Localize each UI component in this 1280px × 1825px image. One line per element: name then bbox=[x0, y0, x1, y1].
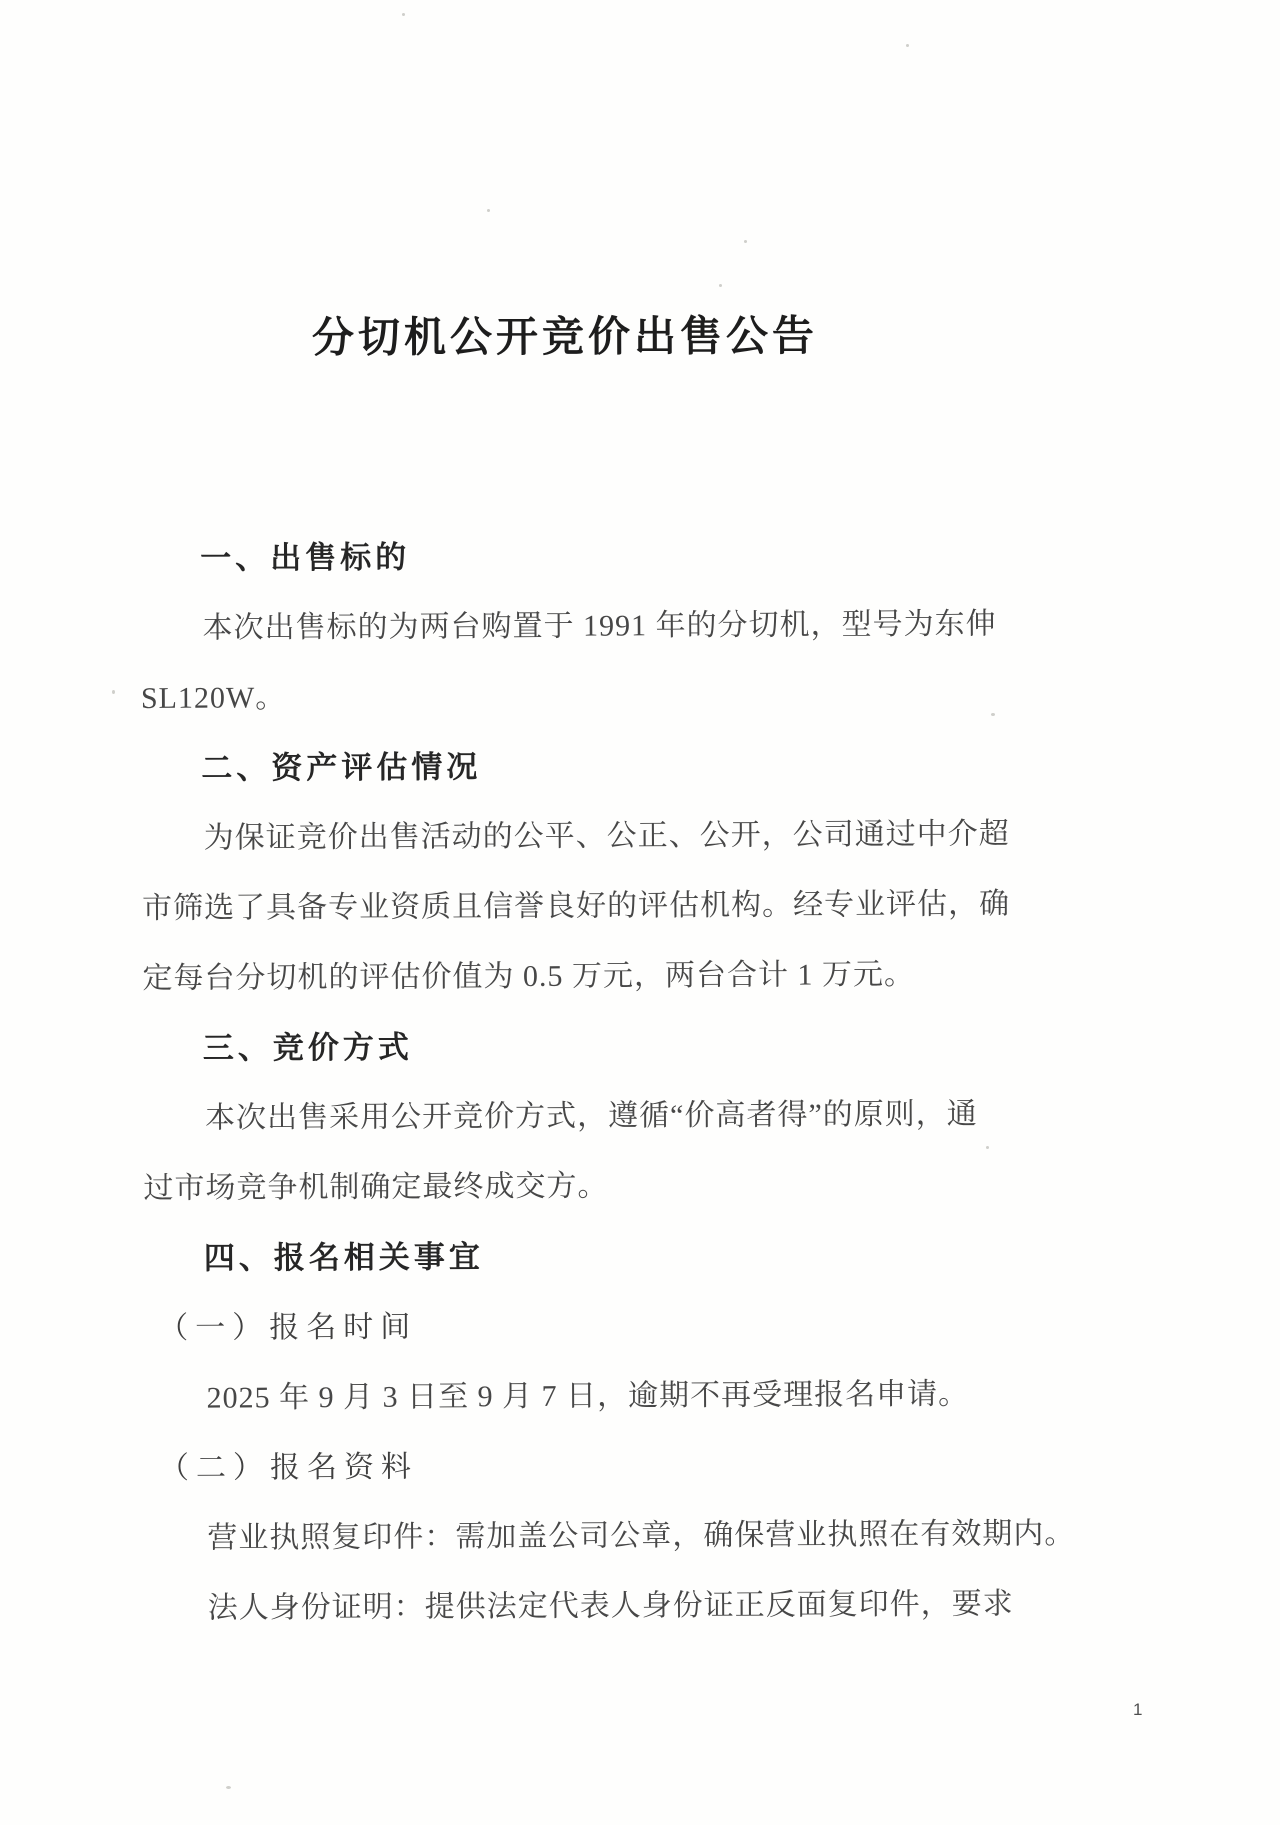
doc-line: 2025 年 9 月 3 日至 9 月 7 日，逾期不再受理报名申请。 bbox=[144, 1356, 996, 1430]
scan-speckle bbox=[986, 1146, 989, 1149]
doc-line: SL120W。 bbox=[141, 656, 993, 730]
scan-speckle bbox=[112, 690, 115, 694]
scan-speckle bbox=[991, 713, 995, 716]
doc-line: 本次出售标的为两台购置于 1991 年的分切机，型号为东伸 bbox=[140, 586, 992, 660]
doc-line: 定每台分切机的评估价值为 0.5 万元，两台合计 1 万元。 bbox=[142, 936, 994, 1010]
section-heading: 四、报名相关事宜 bbox=[144, 1216, 996, 1290]
sub-heading: （一）报名时间 bbox=[144, 1286, 996, 1360]
scan-speckle bbox=[402, 13, 405, 16]
scan-speckle bbox=[487, 209, 490, 212]
scan-speckle bbox=[906, 44, 909, 47]
document-title: 分切机公开竞价出售公告 bbox=[140, 303, 990, 366]
doc-line: 本次出售采用公开竞价方式，遵循“价高者得”的原则，通 bbox=[143, 1076, 995, 1150]
document-body: 一、出售标的 本次出售标的为两台购置于 1991 年的分切机，型号为东伸 SL1… bbox=[140, 516, 998, 1640]
scan-speckle bbox=[719, 284, 722, 287]
doc-line: 为保证竞价出售活动的公平、公正、公开，公司通过中介超 bbox=[141, 796, 993, 870]
sub-heading: （二）报名资料 bbox=[145, 1426, 997, 1500]
doc-line: 市筛选了具备专业资质且信誉良好的评估机构。经专业评估，确 bbox=[142, 866, 994, 940]
section-heading: 二、资产评估情况 bbox=[141, 726, 993, 800]
doc-line: 法人身份证明：提供法定代表人身份证正反面复印件，要求 bbox=[145, 1566, 997, 1640]
scanned-document-page: 分切机公开竞价出售公告 一、出售标的 本次出售标的为两台购置于 1991 年的分… bbox=[0, 0, 1280, 1825]
scan-speckle bbox=[744, 240, 747, 243]
page-number: 1 bbox=[1133, 1700, 1142, 1720]
doc-line: 过市场竞争机制确定最终成交方。 bbox=[143, 1146, 995, 1220]
scan-speckle bbox=[226, 1786, 231, 1789]
section-heading: 一、出售标的 bbox=[140, 516, 992, 590]
section-heading: 三、竞价方式 bbox=[143, 1006, 995, 1080]
doc-line: 营业执照复印件：需加盖公司公章，确保营业执照在有效期内。 bbox=[145, 1496, 997, 1570]
